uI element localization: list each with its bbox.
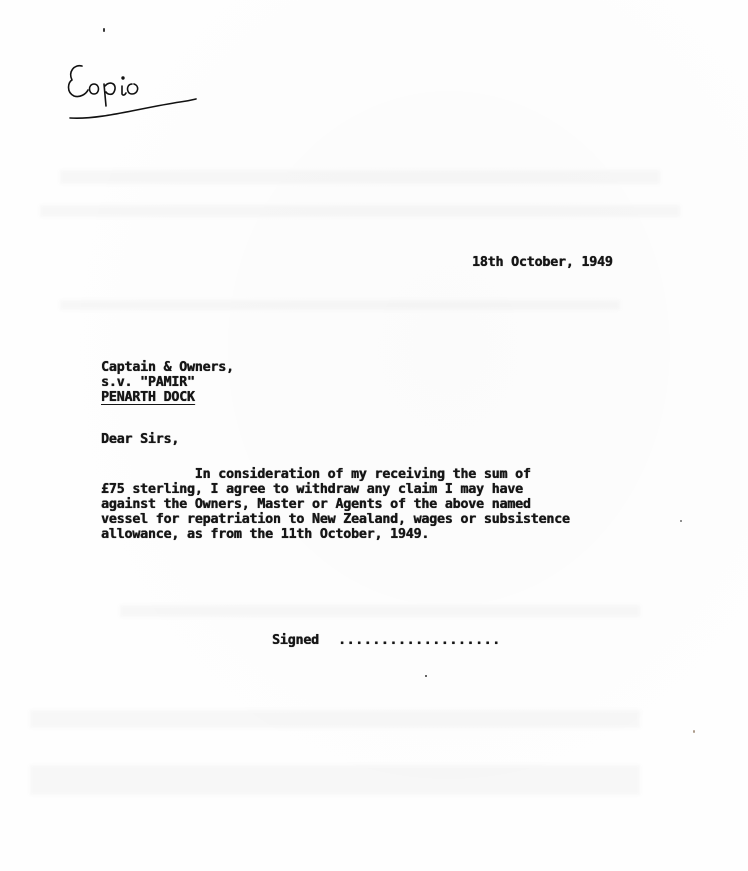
signature-line: ...................: [338, 633, 501, 648]
addressee-line-2: s.v. "PAMIR": [101, 375, 195, 390]
body-line: vessel for repatriation to New Zealand, …: [101, 512, 570, 527]
signature-label: Signed: [272, 633, 319, 648]
body-line: against the Owners, Master or Agents of …: [101, 497, 531, 512]
addressee-line-1: Captain & Owners,: [101, 360, 234, 375]
body-line: £75 sterling, I agree to withdraw any cl…: [101, 482, 523, 497]
handwritten-annotation: Copio: [60, 58, 210, 128]
letter-date: 18th October, 1949: [472, 255, 613, 270]
bleed-through-texture: [30, 765, 640, 795]
body-line: In consideration of my receiving the sum…: [101, 467, 531, 482]
paper-speck: [693, 730, 695, 733]
paper-speck: [103, 28, 105, 32]
bleed-through-texture: [120, 605, 640, 617]
addressee-line-3: PENARTH DOCK: [101, 390, 195, 405]
body-line: allowance, as from the 11th October, 194…: [101, 527, 429, 542]
paper-speck: [680, 520, 682, 522]
salutation: Dear Sirs,: [101, 432, 179, 447]
bleed-through-texture: [40, 205, 680, 217]
bleed-through-texture: [30, 710, 640, 728]
bleed-through-texture: [60, 170, 660, 184]
letter-page: Copio 18th October, 1949 Captain & Owner…: [0, 0, 748, 871]
bleed-through-texture: [60, 300, 620, 310]
paper-speck: [425, 675, 427, 677]
